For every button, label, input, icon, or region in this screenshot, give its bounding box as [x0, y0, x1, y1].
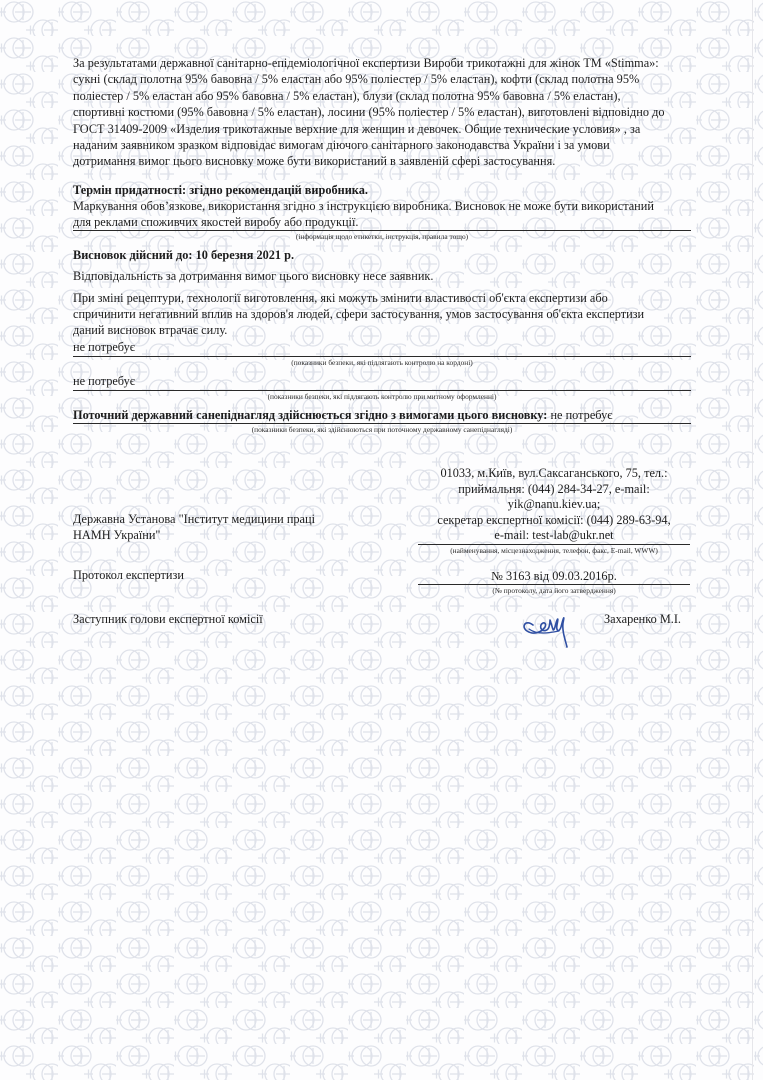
handwritten-signature-icon — [519, 605, 579, 649]
signatory-name: Захаренко М.І. — [604, 611, 681, 627]
institution-name-line: Державна Установа "Інститут медицини пра… — [73, 511, 315, 527]
shelf-life-heading: Термін придатності: згідно рекомендацій … — [73, 182, 368, 198]
responsibility-text: Відповідальність за дотримання вимог цьо… — [73, 268, 433, 284]
customs-control-underline — [73, 390, 691, 391]
valid-until: Висновок дійсний до: 10 березня 2021 р. — [73, 247, 294, 263]
border-control-caption: (показники безпеки, які підлягають контр… — [73, 358, 691, 367]
intro-line: наданим заявником зразком відповідає вим… — [73, 137, 691, 153]
address-caption: (найменування, місцезнаходження, телефон… — [418, 546, 690, 555]
signatory-title: Заступник голови експертної комісії — [73, 611, 263, 627]
institution-name-line: НАМН України" — [73, 527, 160, 543]
change-conditions-line: спричинити негативний вплив на здоров'я … — [73, 306, 644, 322]
change-conditions-line: При зміні рецептури, технології виготовл… — [73, 290, 608, 306]
border-control-value: не потребує — [73, 339, 135, 355]
protocol-label: Протокол експертизи — [73, 567, 184, 583]
labeling-line: для реклами споживчих якостей виробу або… — [73, 214, 358, 230]
intro-paragraph: За результатами державної санітарно-епід… — [73, 55, 691, 170]
change-conditions-line: даний висновок втрачає силу. — [73, 322, 227, 338]
labeling-line: Маркування обов’язкове, використання згі… — [73, 198, 654, 214]
labeling-caption: (інформація щодо етикетки, інструкція, п… — [73, 232, 691, 241]
supervision-value: не потребує — [547, 408, 612, 422]
labeling-underline — [73, 230, 691, 231]
address-line: приймальня: (044) 284-34-27, e-mail: — [418, 482, 690, 498]
protocol-value: № 3163 від 09.03.2016р. — [418, 568, 690, 584]
intro-line: сукні (склад полотна 95% бавовна / 5% ел… — [73, 71, 691, 87]
address-underline — [418, 544, 690, 545]
intro-line: спортивні костюми (95% бавовна / 5% елас… — [73, 104, 691, 120]
intro-line: дотримання вимог цього висновку може бут… — [73, 153, 691, 169]
intro-line: ГОСТ 31409-2009 «Изделия трикотажные вер… — [73, 121, 691, 137]
border-control-underline — [73, 356, 691, 357]
supervision-underline — [73, 423, 691, 424]
address-line: 01033, м.Київ, вул.Саксаганського, 75, т… — [418, 466, 690, 482]
address-line: e-mail: test-lab@ukr.net — [418, 528, 690, 544]
protocol-caption: (№ протоколу, дата його затвердження) — [418, 586, 690, 595]
supervision-caption: (показники безпеки, які здійснюються при… — [73, 425, 691, 434]
scanned-page-edge — [752, 0, 753, 1080]
intro-line: поліестер / 5% еластан або 95% бавовна /… — [73, 88, 691, 104]
institution-address-block: 01033, м.Київ, вул.Саксаганського, 75, т… — [418, 466, 690, 544]
address-line: yik@nanu.kiev.ua; — [418, 497, 690, 513]
intro-line: За результатами державної санітарно-епід… — [73, 55, 691, 71]
customs-control-value: не потребує — [73, 373, 135, 389]
supervision-line: Поточний державний санепіднагляд здійсню… — [73, 407, 613, 423]
customs-control-caption: (показники безпеки, які підлягають контр… — [73, 392, 691, 401]
supervision-label: Поточний державний санепіднагляд здійсню… — [73, 408, 547, 422]
protocol-underline — [418, 584, 690, 585]
address-line: секретар експертної комісії: (044) 289-6… — [418, 513, 690, 529]
